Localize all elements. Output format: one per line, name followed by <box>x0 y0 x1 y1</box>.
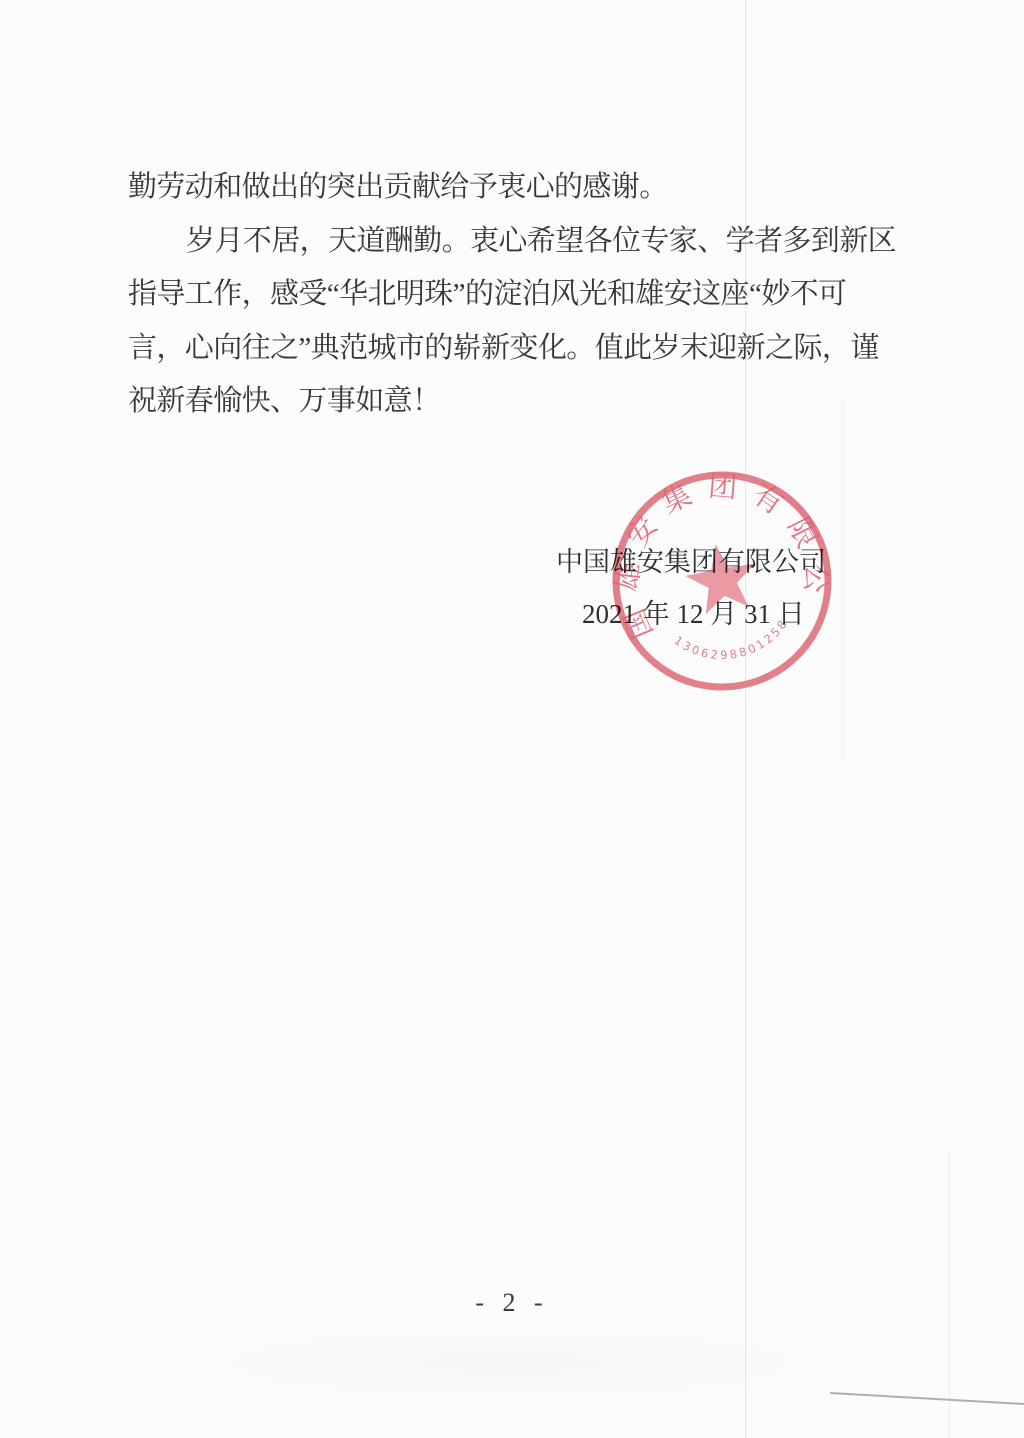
scanner-streak-vertical <box>745 0 746 1438</box>
body-line: 祝新春愉快、万事如意！ <box>128 375 897 429</box>
scanner-streak-vertical <box>843 400 844 760</box>
body-line: 指导工作，感受“华北明珠”的淀泊风光和雄安这座“妙不可 <box>128 268 897 322</box>
body-line: 言，心向往之”典范城市的崭新变化。值此岁末迎新之际，谨 <box>128 322 897 376</box>
letter-body: 勤劳动和做出的突出贡献给予衷心的感谢。 岁月不居，天道酬勤。衷心希望各位专家、学… <box>128 161 897 429</box>
scanned-letter-page: 勤劳动和做出的突出贡献给予衷心的感谢。 岁月不居，天道酬勤。衷心希望各位专家、学… <box>0 0 1024 1438</box>
page-number: - 2 - <box>0 1288 1024 1318</box>
official-seal: 中国雄安集团有限公司 1306298801258 <box>583 442 861 720</box>
seal-star-icon <box>681 538 762 616</box>
body-line: 岁月不居，天道酬勤。衷心希望各位专家、学者多到新区 <box>128 215 897 269</box>
body-line: 勤劳动和做出的突出贡献给予衷心的感谢。 <box>128 161 897 215</box>
scan-smudge <box>150 1335 870 1405</box>
scanner-streak-vertical <box>949 1150 950 1438</box>
seal-serial-number: 1306298801258 <box>670 614 796 672</box>
